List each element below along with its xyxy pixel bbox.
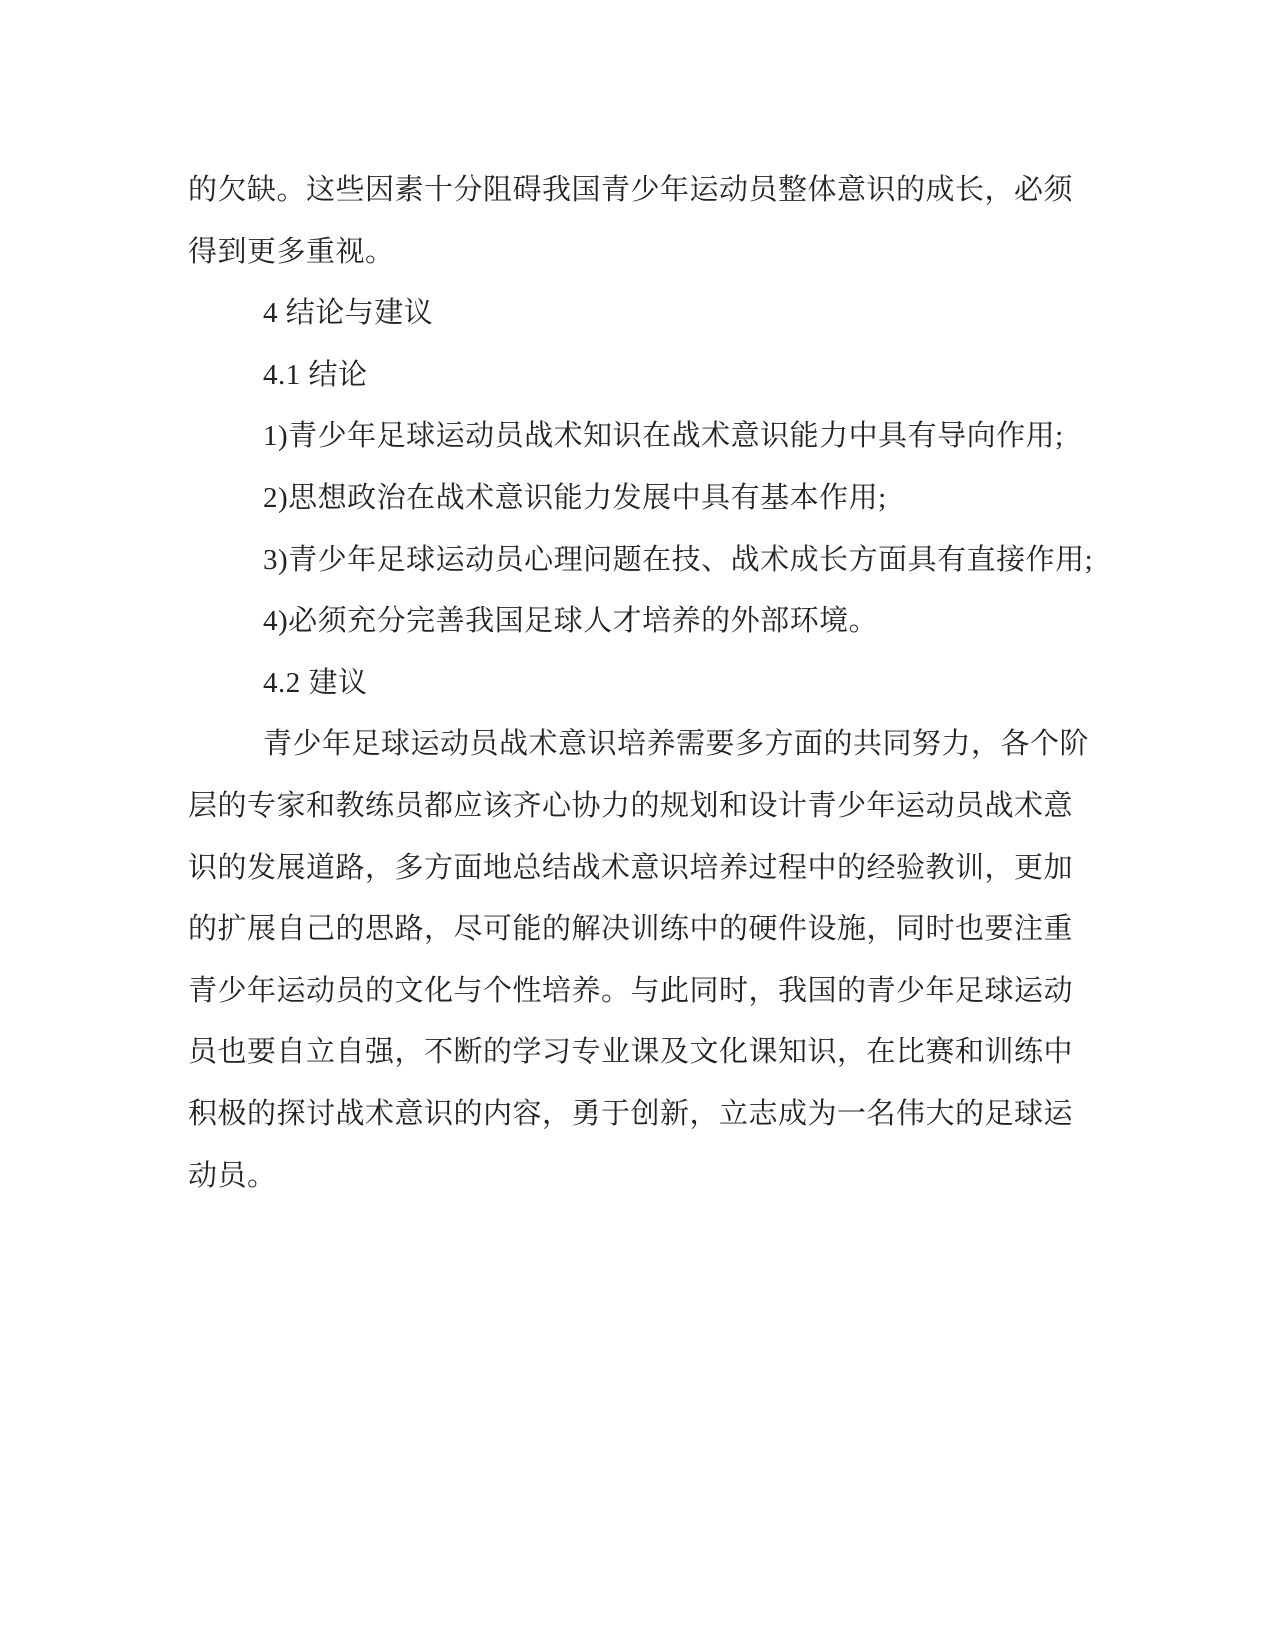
recommendation-paragraph-line: 青少年足球运动员战术意识培养需要多方面的共同努力，各个阶 — [188, 714, 1093, 776]
conclusion-item: 1)青少年足球运动员战术知识在战术意识能力中具有导向作用; — [188, 406, 1093, 468]
section-heading: 4 结论与建议 — [188, 283, 1093, 345]
recommendation-paragraph-line: 积极的探讨战术意识的内容，勇于创新，立志成为一名伟大的足球运 — [188, 1084, 1093, 1146]
document-text-block: 的欠缺。这些因素十分阻碍我国青少年运动员整体意识的成长，必须 得到更多重视。 4… — [188, 160, 1093, 1207]
recommendation-paragraph-line: 青少年运动员的文化与个性培养。与此同时，我国的青少年足球运动 — [188, 961, 1093, 1023]
document-page: 的欠缺。这些因素十分阻碍我国青少年运动员整体意识的成长，必须 得到更多重视。 4… — [0, 0, 1275, 1650]
recommendation-paragraph-line: 的扩展自己的思路，尽可能的解决训练中的硬件设施，同时也要注重 — [188, 899, 1093, 961]
recommendation-paragraph-line: 员也要自立自强，不断的学习专业课及文化课知识，在比赛和训练中 — [188, 1022, 1093, 1084]
paragraph-continuation-line: 的欠缺。这些因素十分阻碍我国青少年运动员整体意识的成长，必须 — [188, 160, 1093, 222]
conclusion-item: 2)思想政治在战术意识能力发展中具有基本作用; — [188, 468, 1093, 530]
subsection-heading-recommendation: 4.2 建议 — [188, 653, 1093, 715]
recommendation-paragraph-line: 动员。 — [188, 1146, 1093, 1208]
recommendation-paragraph-line: 层的专家和教练员都应该齐心协力的规划和设计青少年运动员战术意 — [188, 776, 1093, 838]
conclusion-item: 3)青少年足球运动员心理问题在技、战术成长方面具有直接作用; — [188, 530, 1093, 592]
conclusion-item: 4)必须充分完善我国足球人才培养的外部环境。 — [188, 591, 1093, 653]
paragraph-continuation-line: 得到更多重视。 — [188, 222, 1093, 284]
subsection-heading-conclusion: 4.1 结论 — [188, 345, 1093, 407]
recommendation-paragraph-line: 识的发展道路，多方面地总结战术意识培养过程中的经验教训，更加 — [188, 838, 1093, 900]
